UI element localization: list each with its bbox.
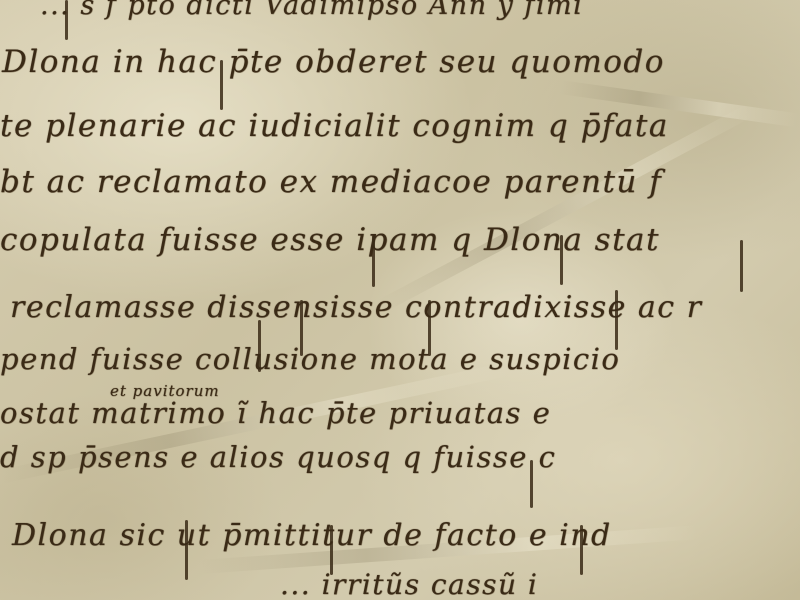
ink-descender (560, 235, 563, 285)
manuscript-line-6: reclamasse dissensisse contradixisse ac … (10, 290, 702, 325)
manuscript-line-8: ostat matrimo ĩ hac p̄te priuatas e (0, 396, 551, 430)
ink-descender (740, 240, 743, 292)
ink-descender (185, 520, 188, 580)
ink-descender (372, 235, 375, 287)
manuscript-line-3: te plenarie ac iudicialit cognim q p̄fat… (0, 108, 669, 144)
ink-descender (530, 460, 533, 508)
ink-descender (300, 300, 303, 356)
manuscript-line-10: Dlona sic ut p̄mittitur de facto e ind (12, 518, 612, 553)
ink-descender (258, 320, 261, 372)
manuscript-page: ... s f p̄to dicti Vadimipso Ann y fimi … (0, 0, 800, 600)
manuscript-line-4: bt ac reclamato ex mediacoe parentū f (0, 164, 662, 200)
ink-descender (330, 525, 333, 575)
ink-descender (65, 0, 68, 40)
manuscript-line-7: pend fuisse collusione mota e suspicio (0, 342, 620, 376)
manuscript-line-11: ... irritũs cassũ i (280, 568, 538, 600)
manuscript-line-9: d sp p̄sens e alios quosq q fuisse c (0, 440, 556, 474)
manuscript-line-1: ... s f p̄to dicti Vadimipso Ann y fimi (40, 0, 583, 21)
ink-descender (580, 525, 583, 575)
manuscript-line-2: Dlona in hac p̄te obderet seu quomodo (2, 44, 665, 80)
ink-descender (615, 290, 618, 350)
ink-descender (220, 60, 223, 110)
ink-descender (428, 300, 431, 356)
